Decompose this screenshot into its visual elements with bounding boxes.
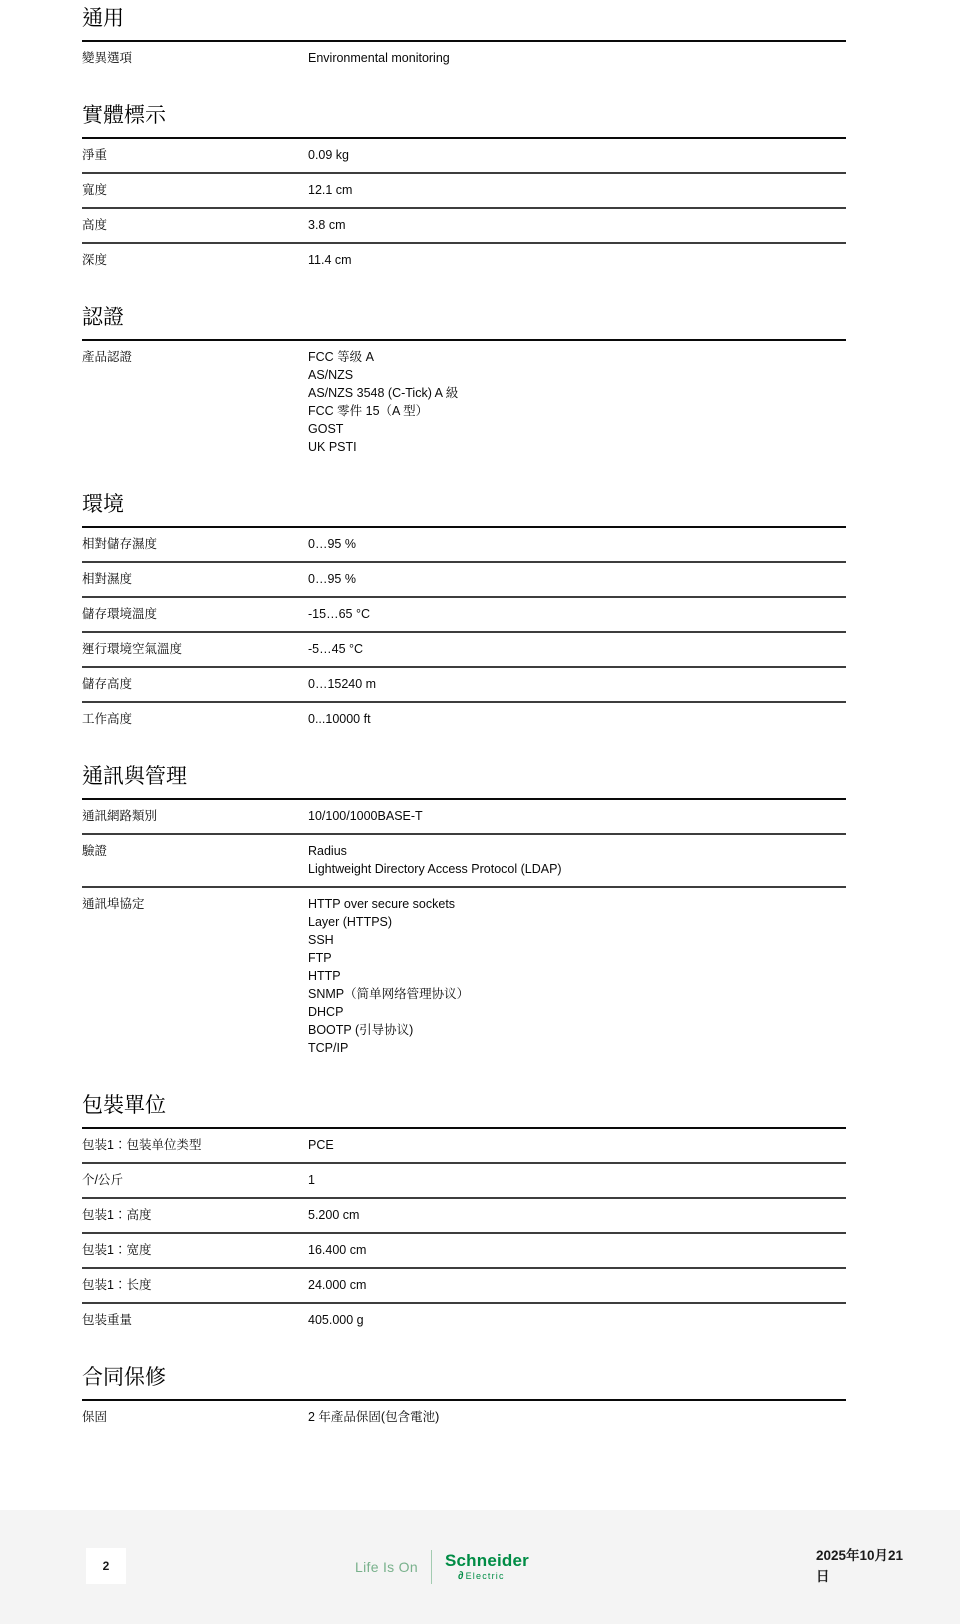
section-title: 實體標示 xyxy=(82,103,846,139)
spec-value: 5.200 cm xyxy=(308,1206,846,1224)
spec-section: 實體標示淨重0.09 kg寬度12.1 cm高度3.8 cm深度11.4 cm xyxy=(82,75,846,277)
spec-value: FCC 等级 A xyxy=(308,348,846,366)
spec-label: 通訊埠協定 xyxy=(82,895,308,913)
spec-value: Layer (HTTPS) xyxy=(308,913,846,931)
spec-section: 合同保修保固2 年產品保固(包含電池) xyxy=(82,1337,846,1434)
life-is-on-tagline: Life Is On xyxy=(355,1559,418,1575)
logo-divider xyxy=(431,1550,432,1584)
spec-value: -5…45 °C xyxy=(308,640,846,658)
spec-label: 高度 xyxy=(82,216,308,234)
spec-value: 12.1 cm xyxy=(308,181,846,199)
spec-value-list: -15…65 °C xyxy=(308,605,846,623)
spec-label: 深度 xyxy=(82,251,308,269)
spec-row: 寬度12.1 cm xyxy=(82,174,846,209)
spec-label: 淨重 xyxy=(82,146,308,164)
spec-value: -15…65 °C xyxy=(308,605,846,623)
spec-label: 包装1：包装单位类型 xyxy=(82,1136,308,1154)
spec-label: 儲存高度 xyxy=(82,675,308,693)
spec-label: 變異選項 xyxy=(82,49,308,67)
schneider-d-icon: ∂ xyxy=(458,1571,465,1582)
spec-section: 通用變異選項Environmental monitoring xyxy=(82,0,846,75)
spec-label: 驗證 xyxy=(82,842,308,860)
spec-value-list: 16.400 cm xyxy=(308,1241,846,1259)
page-footer: 2 Life Is On Schneider ∂Electric 2025年10… xyxy=(0,1510,960,1624)
spec-label: 相對儲存濕度 xyxy=(82,535,308,553)
spec-label: 包装1：长度 xyxy=(82,1276,308,1294)
spec-label: 儲存環境溫度 xyxy=(82,605,308,623)
spec-value: HTTP over secure sockets xyxy=(308,895,846,913)
spec-row: 通訊埠協定HTTP over secure socketsLayer (HTTP… xyxy=(82,888,846,1065)
spec-value-list: 0…95 % xyxy=(308,535,846,553)
spec-row: 儲存高度0…15240 m xyxy=(82,668,846,703)
datasheet-content: 通用變異選項Environmental monitoring實體標示淨重0.09… xyxy=(82,0,846,1434)
spec-row: 包装1：包装单位类型PCE xyxy=(82,1129,846,1164)
section-title: 通用 xyxy=(82,6,846,42)
spec-row: 運行環境空氣溫度-5…45 °C xyxy=(82,633,846,668)
spec-value-list: 0…15240 m xyxy=(308,675,846,693)
schneider-logo: Life Is On Schneider ∂Electric xyxy=(0,1550,922,1584)
spec-value: 0.09 kg xyxy=(308,146,846,164)
spec-value: HTTP xyxy=(308,967,846,985)
spec-row: 包装1：长度24.000 cm xyxy=(82,1269,846,1304)
document-date: 2025年10月21日 xyxy=(816,1546,908,1588)
spec-section: 環境相對儲存濕度0…95 %相對濕度0…95 %儲存環境溫度-15…65 °C運… xyxy=(82,464,846,736)
spec-value: BOOTP (引导协议) xyxy=(308,1021,846,1039)
spec-row: 高度3.8 cm xyxy=(82,209,846,244)
spec-section: 通訊與管理通訊網路類別10/100/1000BASE-T驗證RadiusLigh… xyxy=(82,736,846,1065)
spec-value-list: 0.09 kg xyxy=(308,146,846,164)
spec-row: 包装1：高度5.200 cm xyxy=(82,1199,846,1234)
spec-row: 產品認證FCC 等级 AAS/NZSAS/NZS 3548 (C-Tick) A… xyxy=(82,341,846,464)
spec-value: 0…15240 m xyxy=(308,675,846,693)
spec-row: 保固2 年產品保固(包含電池) xyxy=(82,1401,846,1434)
spec-row: 驗證RadiusLightweight Directory Access Pro… xyxy=(82,835,846,888)
spec-value-list: 0...10000 ft xyxy=(308,710,846,728)
spec-row: 相對濕度0…95 % xyxy=(82,563,846,598)
spec-value: FTP xyxy=(308,949,846,967)
brand-name: Schneider xyxy=(445,1551,529,1570)
section-title: 合同保修 xyxy=(82,1365,846,1401)
spec-value: TCP/IP xyxy=(308,1039,846,1057)
spec-label: 包装1：宽度 xyxy=(82,1241,308,1259)
spec-section: 認證產品認證FCC 等级 AAS/NZSAS/NZS 3548 (C-Tick)… xyxy=(82,277,846,464)
section-title: 通訊與管理 xyxy=(82,764,846,800)
spec-value-list: 24.000 cm xyxy=(308,1276,846,1294)
spec-row: 變異選項Environmental monitoring xyxy=(82,42,846,75)
spec-value: 24.000 cm xyxy=(308,1276,846,1294)
spec-row: 包装重量405.000 g xyxy=(82,1304,846,1337)
spec-value-list: HTTP over secure socketsLayer (HTTPS)SSH… xyxy=(308,895,846,1057)
spec-label: 產品認證 xyxy=(82,348,308,366)
spec-row: 深度11.4 cm xyxy=(82,244,846,277)
spec-label: 个/公斤 xyxy=(82,1171,308,1189)
spec-row: 通訊網路類別10/100/1000BASE-T xyxy=(82,800,846,835)
spec-label: 包装1：高度 xyxy=(82,1206,308,1224)
spec-value-list: 2 年產品保固(包含電池) xyxy=(308,1408,846,1426)
spec-row: 淨重0.09 kg xyxy=(82,139,846,174)
section-title: 環境 xyxy=(82,492,846,528)
section-title: 認證 xyxy=(82,305,846,341)
spec-value: 16.400 cm xyxy=(308,1241,846,1259)
spec-value: Environmental monitoring xyxy=(308,49,846,67)
spec-value: PCE xyxy=(308,1136,846,1154)
spec-label: 寬度 xyxy=(82,181,308,199)
spec-value: GOST xyxy=(308,420,846,438)
spec-value: SSH xyxy=(308,931,846,949)
spec-value: 0...10000 ft xyxy=(308,710,846,728)
spec-value: DHCP xyxy=(308,1003,846,1021)
spec-value: Lightweight Directory Access Protocol (L… xyxy=(308,860,846,878)
spec-value: 0…95 % xyxy=(308,570,846,588)
spec-value-list: 405.000 g xyxy=(308,1311,846,1329)
spec-value: 1 xyxy=(308,1171,846,1189)
spec-value-list: PCE xyxy=(308,1136,846,1154)
spec-value: 11.4 cm xyxy=(308,251,846,269)
spec-value: 3.8 cm xyxy=(308,216,846,234)
spec-value: AS/NZS xyxy=(308,366,846,384)
spec-value: UK PSTI xyxy=(308,438,846,456)
spec-value-list: 3.8 cm xyxy=(308,216,846,234)
spec-value-list: 0…95 % xyxy=(308,570,846,588)
section-title: 包裝單位 xyxy=(82,1093,846,1129)
spec-label: 包装重量 xyxy=(82,1311,308,1329)
spec-section: 包裝單位包装1：包装单位类型PCE个/公斤1包装1：高度5.200 cm包装1：… xyxy=(82,1065,846,1337)
spec-value-list: FCC 等级 AAS/NZSAS/NZS 3548 (C-Tick) A 級FC… xyxy=(308,348,846,456)
spec-value-list: 12.1 cm xyxy=(308,181,846,199)
spec-row: 儲存環境溫度-15…65 °C xyxy=(82,598,846,633)
schneider-electric-wordmark: Schneider ∂Electric xyxy=(445,1552,529,1582)
spec-value-list: 10/100/1000BASE-T xyxy=(308,807,846,825)
spec-value: AS/NZS 3548 (C-Tick) A 級 xyxy=(308,384,846,402)
spec-value: 0…95 % xyxy=(308,535,846,553)
spec-value-list: RadiusLightweight Directory Access Proto… xyxy=(308,842,846,878)
brand-sub: ∂Electric xyxy=(445,1571,529,1582)
spec-row: 工作高度0...10000 ft xyxy=(82,703,846,736)
spec-value-list: 1 xyxy=(308,1171,846,1189)
spec-value: SNMP（简单网络管理协议） xyxy=(308,985,846,1003)
spec-value-list: 5.200 cm xyxy=(308,1206,846,1224)
spec-value: Radius xyxy=(308,842,846,860)
spec-value-list: 11.4 cm xyxy=(308,251,846,269)
spec-row: 相對儲存濕度0…95 % xyxy=(82,528,846,563)
spec-value: 2 年產品保固(包含電池) xyxy=(308,1408,846,1426)
spec-value-list: Environmental monitoring xyxy=(308,49,846,67)
spec-row: 个/公斤1 xyxy=(82,1164,846,1199)
spec-value: 10/100/1000BASE-T xyxy=(308,807,846,825)
spec-label: 工作高度 xyxy=(82,710,308,728)
spec-label: 運行環境空氣溫度 xyxy=(82,640,308,658)
spec-label: 相對濕度 xyxy=(82,570,308,588)
spec-value: 405.000 g xyxy=(308,1311,846,1329)
spec-value: FCC 零件 15（A 型） xyxy=(308,402,846,420)
brand-sub-label: Electric xyxy=(466,1571,505,1582)
spec-label: 通訊網路類別 xyxy=(82,807,308,825)
spec-row: 包装1：宽度16.400 cm xyxy=(82,1234,846,1269)
spec-label: 保固 xyxy=(82,1408,308,1426)
spec-value-list: -5…45 °C xyxy=(308,640,846,658)
